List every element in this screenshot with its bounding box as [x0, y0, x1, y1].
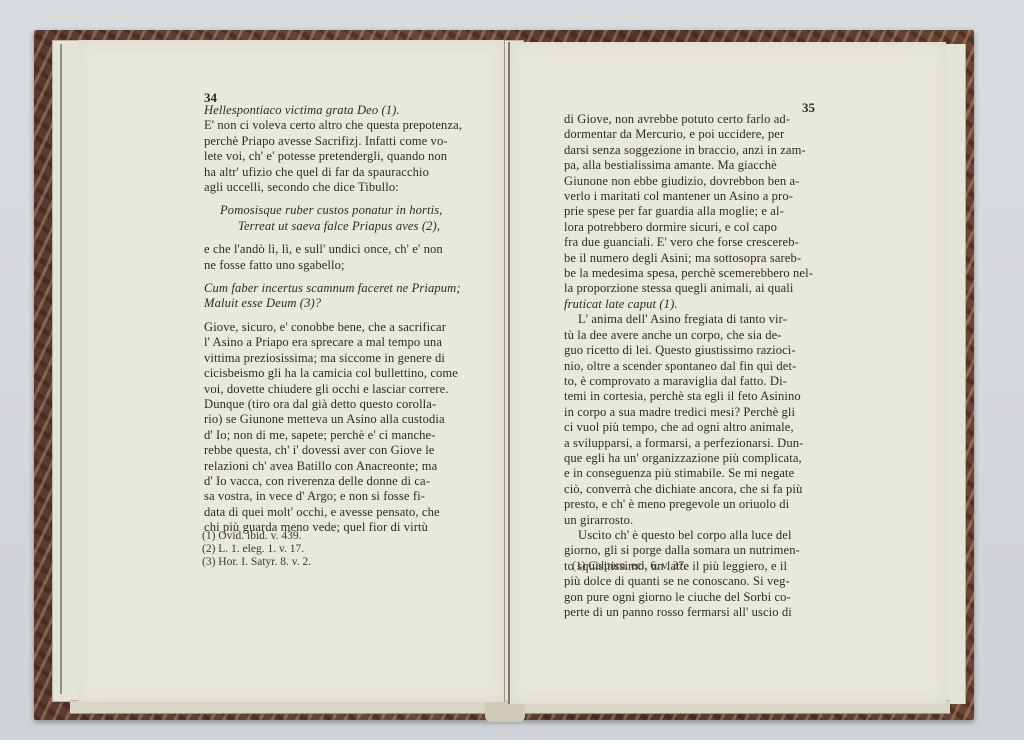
paragraph: L' anima dell' Asino fregiata di tanto v…	[564, 312, 864, 528]
latin-quote: Cum faber incertus scamnum faceret ne Pr…	[204, 281, 504, 312]
text-line: in corpo a sua madre tredici mesi? Perch…	[564, 405, 864, 420]
text-line: lora potrebbero dormire sicuri, e col ca…	[564, 220, 864, 235]
left-page-text: Hellespontiaco victima grata Deo (1). E'…	[204, 103, 504, 544]
text-line: be il numero degli Asini; ma sottosopra …	[564, 251, 864, 266]
text-line: prie spese per far guardia alla moglie; …	[564, 204, 864, 219]
text-line: d' Io; non di me, sapete; perchè e' ci m…	[204, 428, 504, 443]
left-page-edges	[60, 44, 80, 694]
latin-line: Cum faber incertus scamnum faceret ne Pr…	[204, 281, 504, 296]
footnote: (1) Calpurn. ecl. 6. v. 37.	[572, 560, 687, 573]
text-line: E' non ci voleva certo altro che questa …	[204, 118, 504, 133]
text-line: un girarrosto.	[564, 513, 864, 528]
text-line: Uscito ch' è questo bel corpo alla luce …	[564, 528, 864, 543]
text-line: presto, e ch' è meno pregevole un oriuol…	[564, 497, 864, 512]
paragraph: E' non ci voleva certo altro che questa …	[204, 118, 504, 195]
text-line: ci vuol più tempo, che ad ogni altro ani…	[564, 420, 864, 435]
text-line: Giunone non ebbe giudizio, dovrebbon ben…	[564, 174, 864, 189]
text-line: Dunque (tiro ora dal già detto questo co…	[204, 397, 504, 412]
text-line: e che l'andò lì, lì, e sull' undici once…	[204, 242, 504, 257]
text-line: e in conseguenza più stimabile. Se mi ne…	[564, 466, 864, 481]
text-line: que egli ha un' organizzazione più compl…	[564, 451, 864, 466]
text-line: perte di un panno rosso fermarsi all' us…	[564, 605, 864, 620]
text-line: la proporzione stessa quegli animali, ai…	[564, 281, 864, 296]
text-line: voi, dovette chiudere gli occhi e lascia…	[204, 382, 504, 397]
latin-line: Maluit esse Deum (3)?	[204, 296, 504, 311]
footnotes: (1) Calpurn. ecl. 6. v. 37.	[572, 560, 687, 573]
running-line: Hellespontiaco victima grata Deo (1).	[204, 103, 504, 118]
paragraph: di Giove, non avrebbe potuto certo farlo…	[564, 112, 864, 312]
text-line: guo ricetto di lei. Questo giustissimo r…	[564, 343, 864, 358]
text-line: Giove, sicuro, e' conobbe bene, che a sa…	[204, 320, 504, 335]
text-line: sa vostra, in vece d' Argo; e non si fos…	[204, 489, 504, 504]
text-line: verlo i maritati col mantener un Asino a…	[564, 189, 864, 204]
verse-quote: Pomosisque ruber custos ponatur in horti…	[204, 203, 504, 234]
text-line: agli uccelli, secondo che dice Tibullo:	[204, 180, 504, 195]
text-line: fra due guanciali. E' vero che forse cre…	[564, 235, 864, 250]
text-line: be la medesima spesa, perchè scemerebber…	[564, 266, 864, 281]
text-line: d' Io vacca, con riverenza delle donne d…	[204, 474, 504, 489]
text-line: to, è comprovato a maraviglia dal fatto.…	[564, 374, 864, 389]
text-line: a svilupparsi, a formarsi, a perfezionar…	[564, 436, 864, 451]
text-line: tù la dee avere anche un corpo, che sia …	[564, 328, 864, 343]
text-line: gon pure ogni giorno le ciuche del Sorbi…	[564, 590, 864, 605]
text-line: temi in cortesia, perchè sta egli il fet…	[564, 389, 864, 404]
footnote: (2) L. 1. eleg. 1. v. 17.	[202, 543, 311, 556]
text-line: relazioni ch' avea Batillo con Anacreont…	[204, 459, 504, 474]
paragraph: e che l'andò lì, lì, e sull' undici once…	[204, 242, 504, 273]
text-line: cicisbeismo gli ha la camicia col bullet…	[204, 366, 504, 381]
right-page-text: di Giove, non avrebbe potuto certo farlo…	[564, 112, 864, 620]
text-line: ne fosse fatto uno sgabello;	[204, 258, 504, 273]
text-line: più dolce di quanti se ne conoscano. Si …	[564, 574, 864, 589]
footnotes: (1) Ovid. ibid. v. 439. (2) L. 1. eleg. …	[202, 530, 311, 569]
footnote: (3) Hor. I. Satyr. 8. v. 2.	[202, 556, 311, 569]
text-line: rebbe questa, ch' i' dovessi aver con Gi…	[204, 443, 504, 458]
verse-line: Terreat ut saeva falce Priapus aves (2),	[204, 219, 504, 234]
text-line: l' Asino a Priapo era sprecare a mal tem…	[204, 335, 504, 350]
text-line: data di quei molt' occhi, e avesse pensa…	[204, 505, 504, 520]
text-line: pa, alla bestialissima amante. Ma giacch…	[564, 158, 864, 173]
text-line: ciò, converrà che dichiate ancora, che s…	[564, 482, 864, 497]
text-line: ha altr' ufizio che quel di far da spaur…	[204, 165, 504, 180]
text-line: fruticat late caput (1).	[564, 297, 864, 312]
paragraph: Giove, sicuro, e' conobbe bene, che a sa…	[204, 320, 504, 536]
text-line: nio, oltre a scender spontaneo dal fin q…	[564, 359, 864, 374]
text-line: L' anima dell' Asino fregiata di tanto v…	[564, 312, 864, 327]
text-line: giorno, gli si porge dalla somara un nut…	[564, 543, 864, 558]
left-page: 34 Hellespontiaco victima grata Deo (1).…	[78, 40, 505, 702]
verse-line: Pomosisque ruber custos ponatur in horti…	[204, 203, 504, 218]
right-page: 35 di Giove, non avrebbe potuto certo fa…	[508, 42, 946, 704]
text-line: darsi senza soggezione in braccio, anzi …	[564, 143, 864, 158]
text-line: di Giove, non avrebbe potuto certo farlo…	[564, 112, 864, 127]
text-line: rio) se Giunone metteva un Asino alla cu…	[204, 412, 504, 427]
text-line: vittima preziosissima; ma siccome in gen…	[204, 351, 504, 366]
text-line: dormentar da Mercurio, e poi uccidere, p…	[564, 127, 864, 142]
footnote: (1) Ovid. ibid. v. 439.	[202, 530, 311, 543]
paragraph: Uscito ch' è questo bel corpo alla luce …	[564, 528, 864, 620]
text-line: lete voi, ch' e' potesse pretendergli, q…	[204, 149, 504, 164]
text-line: perchè Priapo avesse Sacrifizj. Infatti …	[204, 134, 504, 149]
